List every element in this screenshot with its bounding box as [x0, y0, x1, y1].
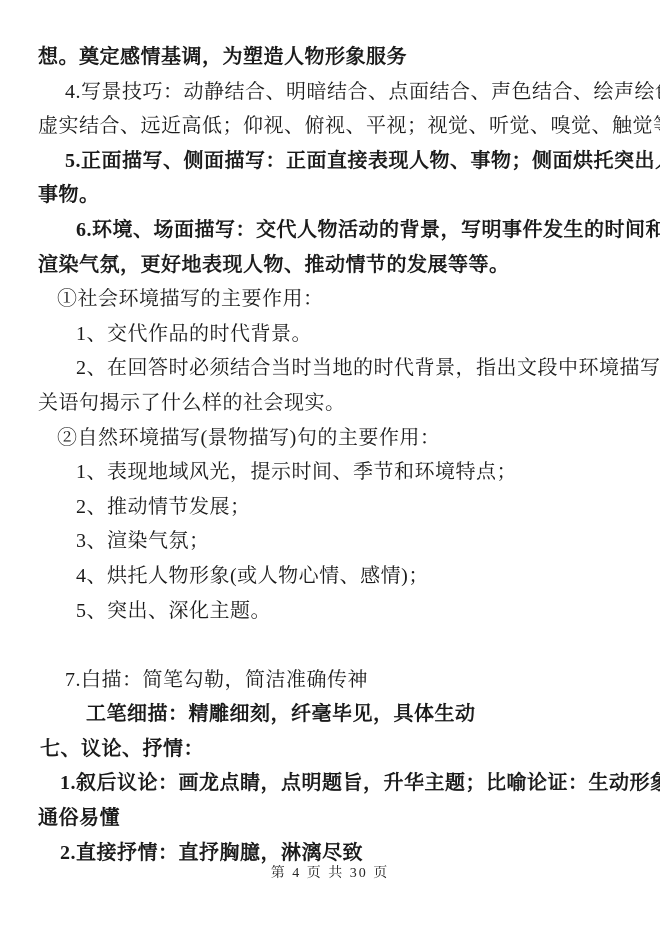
text-line: 3、渲染气氛； [0, 524, 660, 559]
text-line: 通俗易懂 [0, 801, 660, 836]
text-line: 关语句揭示了什么样的社会现实。 [0, 386, 660, 421]
text-line: 4、烘托人物形象(或人物心情、感情)； [0, 559, 660, 594]
text-line: 2、推动情节发展； [0, 490, 660, 525]
text-line: 1、交代作品的时代背景。 [0, 317, 660, 352]
page-footer: 第 4 页 共 30 页 [0, 862, 660, 882]
text-line: ②自然环境描写(景物描写)句的主要作用： [0, 421, 660, 456]
text-line: 6.环境、场面描写：交代人物活动的背景，写明事件发生的时间和地点， [0, 213, 660, 248]
text-line: 七、议论、抒情： [0, 732, 660, 767]
text-line: ①社会环境描写的主要作用： [0, 282, 660, 317]
text-line: 想。奠定感情基调，为塑造人物形象服务 [0, 40, 660, 75]
text-line: 2、在回答时必须结合当时当地的时代背景，指出文段中环境描写的相 [0, 351, 660, 386]
text-line: 1.叙后议论：画龙点睛，点明题旨，升华主题；比喻论证：生动形象， [0, 766, 660, 801]
document-body: 想。奠定感情基调，为塑造人物形象服务4.写景技巧：动静结合、明暗结合、点面结合、… [0, 40, 660, 870]
text-line: 渲染气氛，更好地表现人物、推动情节的发展等等。 [0, 248, 660, 283]
blank-line [0, 628, 660, 663]
document-page: 想。奠定感情基调，为塑造人物形象服务4.写景技巧：动静结合、明暗结合、点面结合、… [0, 0, 660, 933]
text-line: 工笔细描：精雕细刻，纤毫毕见，具体生动 [0, 697, 660, 732]
page-number: 第 4 页 共 30 页 [271, 866, 390, 881]
text-line: 5、突出、深化主题。 [0, 594, 660, 629]
text-line: 虚实结合、远近高低；仰视、俯视、平视；视觉、听觉、嗅觉、触觉等。 [0, 109, 660, 144]
text-line: 事物。 [0, 178, 660, 213]
text-line: 1、表现地域风光，提示时间、季节和环境特点； [0, 455, 660, 490]
text-line: 5.正面描写、侧面描写：正面直接表现人物、事物；侧面烘托突出人物、 [0, 144, 660, 179]
text-line: 4.写景技巧：动静结合、明暗结合、点面结合、声色结合、绘声绘色、 [0, 75, 660, 110]
text-line: 7.白描：简笔勾勒，简洁准确传神 [0, 663, 660, 698]
